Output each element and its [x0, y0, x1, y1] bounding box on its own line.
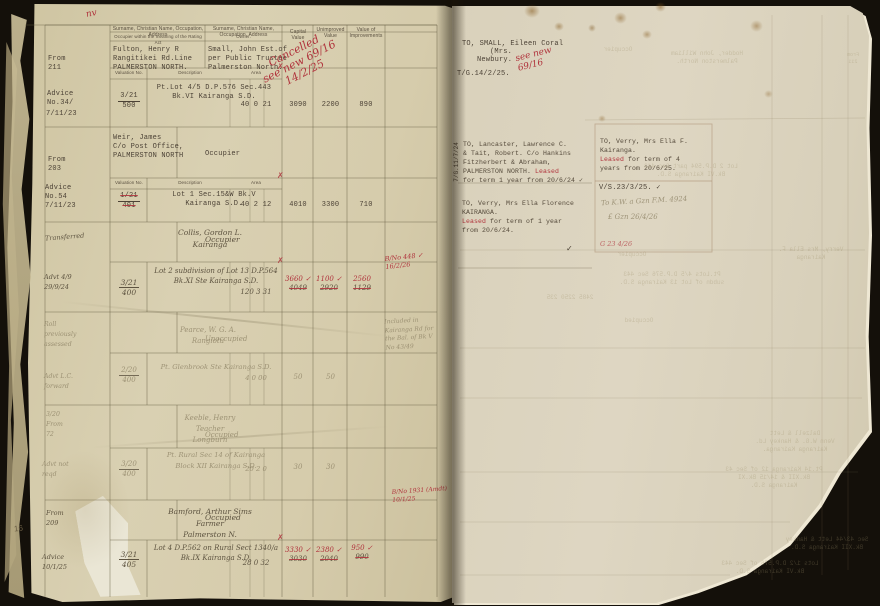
- capital-value: 4010: [283, 201, 313, 210]
- valuation-number: 3/21 400: [111, 278, 147, 298]
- bleedthrough-text: Verry, Mrs Ella F. Kairanga: [760, 246, 862, 262]
- margin-note: 3/20 From 72: [46, 410, 63, 440]
- margin-note: Advice No.54 7/11/23: [45, 184, 76, 212]
- valuation-number-top: 2/20: [119, 366, 139, 376]
- red-x-mark: ✗: [277, 256, 284, 265]
- page-number: 16: [14, 524, 24, 534]
- subheader-description: Description: [160, 180, 220, 186]
- capital-value: 3090: [283, 101, 313, 110]
- lease-text: TO, Verry, Mrs Ella F. Kairanga.: [600, 138, 688, 154]
- valuation-number-bottom: 400: [122, 470, 135, 479]
- bleedthrough-text: Lots 1/2 D.P.576 of Sec 443 Bk.VI Kairan…: [693, 560, 847, 576]
- struck-value: 990: [355, 552, 368, 563]
- struck-value: 2920: [320, 283, 338, 294]
- valuation-number: 3/21 500: [111, 92, 147, 111]
- area-value: 120 3 31: [230, 287, 282, 298]
- margin-note: Advt L.C. forward: [44, 372, 73, 392]
- improvements-value: 950 ✓ 990: [346, 544, 378, 563]
- amended-value: 2560: [353, 275, 371, 283]
- margin-date: 7/11/23: [46, 110, 77, 119]
- property-description: Pt.Lot 4/5 D.P.576 Sec.443 Bk.VI Kairang…: [148, 84, 280, 102]
- area-value: 28 0 32: [230, 558, 282, 569]
- amended-value: 950 ✓: [351, 544, 372, 552]
- pencil-side-note: Included in Kairanga Rd for the Bal. of …: [384, 316, 442, 354]
- bleedthrough-text: Pt.Lots 4/5 D.P.576 Sec 443 subdn of Lot…: [586, 271, 758, 287]
- property-description: Pt. Glenbrook Ste Kairanga S.D.: [152, 362, 280, 373]
- margin-note: Advice 10/1/25: [42, 552, 67, 572]
- margin-note: From 203: [48, 156, 66, 174]
- occupier-name: Weir, James C/o Post Office, PALMERSTON …: [113, 134, 263, 162]
- lease-note-lancaster: TO, Lancaster, Lawrence C. & Tait, Rober…: [463, 131, 599, 186]
- unimproved-value: 1100 ✓ 2920: [313, 275, 345, 294]
- amended-value: 3660 ✓: [285, 275, 311, 283]
- bleedthrough-text: Occupier: [610, 251, 654, 259]
- occupier-label: Occupier: [205, 234, 240, 246]
- bleedthrough-text: Sec 43/44 Lett & Hankey Bk.XII Kairanga …: [780, 536, 874, 552]
- header-owner-subtitle: Owner.: [207, 34, 280, 40]
- bleedthrough-text: Occupier: [598, 46, 638, 54]
- margin-note: Roll previously assessed: [44, 320, 76, 350]
- unimproved-value: 3300: [314, 201, 347, 210]
- lease-text: for term 1 year from 20/6/24 ✓: [463, 177, 583, 184]
- margin-note: From 209: [46, 508, 64, 528]
- amended-value: 3330 ✓: [285, 546, 311, 554]
- red-note-small: G 23 4/26: [600, 240, 632, 248]
- reference-code: T/G.14/2/25.: [457, 70, 510, 79]
- valuation-number: 2/20 400: [111, 366, 147, 385]
- valuation-number: 3/20 400: [111, 460, 147, 479]
- header-occupier-subtitle: Occupier within the meaning of the Ratin…: [112, 34, 204, 45]
- bleedthrough-text: 2485 2250 235: [494, 294, 646, 302]
- valuation-number-bottom: 500: [122, 102, 135, 111]
- occupier-label: Occupied: [205, 430, 238, 441]
- ghost-grid: [0, 0, 880, 606]
- improvements-value: 710: [349, 201, 383, 210]
- bleedthrough-text: Hodder, John William Palmerston North.: [648, 50, 766, 66]
- valuation-number-top: 3/21: [118, 92, 140, 102]
- margin-note: Advice No.34/: [47, 90, 73, 108]
- bleedthrough-text: Occupied: [616, 317, 662, 325]
- leased-stamp: Leased: [535, 168, 559, 175]
- valuation-number: 1/21 401: [111, 192, 147, 211]
- valuation-number-top: 1/21: [118, 192, 140, 202]
- unimproved-value: 2200: [314, 101, 347, 110]
- valuation-number-top: 3/21: [119, 550, 140, 560]
- margin-reference-vertical: 7/G.11/7/24: [453, 142, 461, 182]
- bleedthrough-text: Lot 2 D.P.594 part Sec 443 Bk.VI Kairang…: [610, 163, 772, 179]
- area-value: 40 0 21: [230, 101, 282, 110]
- subheader-valuation-no: Valuation No.: [111, 180, 147, 186]
- margin-note: From 211: [48, 55, 66, 73]
- bleedthrough-text: Dalzell & Lett Venn W.G. & Hankey Ld. Ka…: [733, 430, 857, 454]
- unimproved-value: 50: [314, 372, 347, 383]
- valuation-number-bottom: 400: [122, 288, 136, 297]
- unimproved-value: 30: [314, 462, 347, 473]
- margin-note: Advt 4/9 29/9/24: [44, 272, 72, 292]
- occupier-label: Occupied: [205, 512, 241, 524]
- valuation-number: 3/21 405: [111, 550, 147, 570]
- lease-text: TO, Verry, Mrs Ella Florence KAIRANGA.: [462, 200, 574, 216]
- header-value-of-improvements: Value of Improvements: [347, 27, 385, 40]
- red-x-mark: ✗: [277, 171, 284, 180]
- area-value: 40 2 12: [230, 201, 282, 210]
- occupier-label: Occupier: [205, 150, 240, 159]
- property-description: Lot 2 subdivision of Lot 13 D.P.564 Bk.X…: [146, 266, 286, 286]
- struck-value: 2040: [320, 554, 338, 565]
- struck-value: 1129: [353, 283, 371, 294]
- capital-value: 3660 ✓ 4049: [282, 275, 314, 294]
- valuation-number-bottom: 400: [122, 376, 135, 385]
- bleedthrough-text: From 211: [842, 52, 864, 66]
- area-value: 4 0 00: [230, 373, 282, 384]
- capital-value: 50: [283, 372, 313, 383]
- struck-value: 4049: [289, 283, 307, 294]
- red-x-mark: ✗: [277, 533, 284, 542]
- reference-code: V/S.23/3/25. ✓: [599, 184, 661, 193]
- amended-value: 1100 ✓: [316, 275, 342, 283]
- struck-value: 3030: [289, 554, 307, 565]
- improvements-value: 2560 1129: [346, 275, 378, 294]
- valuation-number-bottom: 405: [122, 560, 136, 569]
- improvements-value: 890: [349, 101, 383, 110]
- amended-value: 2380 ✓: [316, 546, 342, 554]
- subheader-area: Area: [232, 180, 280, 186]
- bleedthrough-text: Pt.14 Kairanga 12 of Sec 43 Bk.XII & 14/…: [698, 466, 850, 490]
- leased-stamp: Leased: [462, 218, 486, 225]
- area-value: 20 2 0: [230, 464, 282, 475]
- valuation-number-top: 3/21: [119, 278, 140, 288]
- margin-note: Advt not reqd: [42, 460, 69, 480]
- capital-value: 3330 ✓ 3030: [282, 546, 314, 565]
- valuation-number-top: 3/20: [119, 460, 139, 470]
- lease-note-verry-1yr: TO, Verry, Mrs Ella Florence KAIRANGA. L…: [462, 190, 598, 235]
- check-mark: ✓: [566, 244, 573, 253]
- transfer-note-small: Newbury.: [477, 56, 512, 65]
- occupier-label: Unoccupied: [205, 334, 247, 345]
- valuation-number-bottom: 401: [122, 202, 135, 211]
- unimproved-value: 2380 ✓ 2040: [313, 546, 345, 565]
- corner-mark: nv: [85, 8, 97, 20]
- capital-value: 30: [283, 462, 313, 473]
- scanned-ledger-photo: nv 16 Surname, Christian Name, Occupatio…: [0, 0, 880, 606]
- pencil-note: £ Gzn 26/4/26: [608, 212, 658, 223]
